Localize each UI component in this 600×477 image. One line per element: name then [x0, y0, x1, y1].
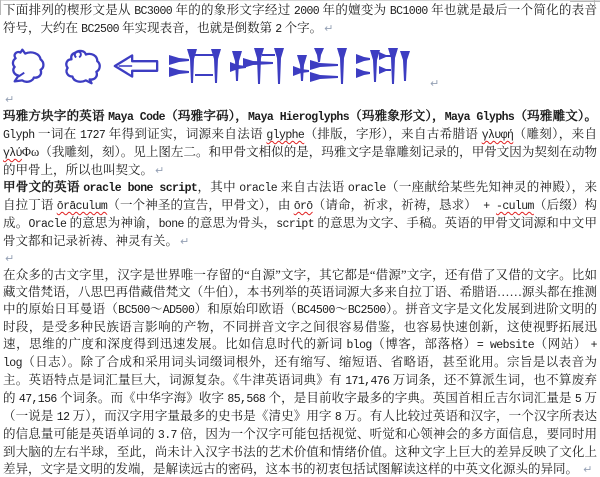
text-run: 47,156 [19, 393, 57, 406]
text-run: 下面排列的楔形文是从 [3, 3, 134, 17]
paragraph-mark: ↵ [3, 93, 14, 106]
paragraph-cuneiform-intro: 下面排列的楔形文是从 BC3000 年的的象形文字经过 2000 年的嬗变为 B… [3, 2, 597, 38]
text-run: ，其中 [197, 180, 239, 194]
empty-paragraph: ↵ [3, 91, 597, 108]
text-run: BC500 [118, 304, 150, 317]
text-run: 来自古法语 [277, 180, 348, 194]
text-run: （雕刻），来自 [513, 127, 597, 141]
text-run: Glyph [3, 129, 35, 142]
paragraph-mark: ↵ [178, 235, 189, 248]
text-run: BC2500 [348, 304, 386, 317]
text-run: blog [346, 339, 371, 352]
text-run: 一词在 [35, 127, 81, 141]
paragraph-mark: ↵ [581, 463, 592, 476]
text-run: （玛雅象形文）， [349, 109, 445, 123]
text-run: 3.7 [158, 429, 177, 442]
text-run: ōrō [294, 200, 313, 213]
pictograph-head-late-icon [60, 45, 104, 87]
text-run: 1727 [80, 129, 105, 142]
cuneiform-cluster-1-icon [168, 46, 222, 86]
text-run: （请命，祈求，祈祷，恳求） [313, 198, 477, 212]
text-run: script [276, 218, 314, 231]
text-run: （我雕刻，刻）。见上图左二。和甲骨文相似的是，玛雅文字是靠雕刻记录的，甲骨文因为… [3, 145, 597, 177]
text-run: （一个神圣的宣告，甲骨文），由 [107, 198, 294, 212]
text-run: Maya Hieroglyphs [248, 111, 349, 124]
pictograph-head-early-icon [7, 45, 53, 87]
text-run: 2000 [294, 5, 319, 18]
text-run: 年实现表音，也就是倒数第 [119, 21, 275, 35]
text-boundary-mark-right-h [570, 1, 600, 2]
text-run: ōrāculum [57, 200, 107, 213]
text-run: 个字。 [282, 21, 323, 35]
text-run: （网站） [534, 337, 591, 351]
paragraph-mark: ↵ [153, 164, 164, 177]
paragraph-mark: ↵ [3, 252, 14, 265]
document-body[interactable]: 下面排列的楔形文是从 BC3000 年的的象形文字经过 2000 年的嬗变为 B… [0, 0, 600, 477]
paragraph-mark: ↵ [322, 22, 333, 35]
text-run: BC4500 [297, 304, 335, 317]
text-run: 年的嬗变为 [319, 3, 390, 17]
text-run: 的意思为骨头， [184, 216, 276, 230]
text-run: BC2500 [81, 23, 119, 36]
cuneiform-cluster-3-icon [292, 46, 348, 86]
text-run: oracle [239, 182, 277, 195]
paragraph-mark: ↵ [428, 77, 439, 91]
text-run: Φω [22, 145, 39, 159]
text-boundary-mark-right [594, 0, 595, 15]
text-run: AD500 [163, 304, 195, 317]
text-boundary-mark-left [0, 0, 1, 15]
text-run: 万），而汉字用字量最多的史书是《清史》用字 [69, 409, 335, 423]
text-run: BC3000 [134, 5, 172, 18]
text-run: （玛雅字码）， [165, 109, 248, 123]
text-run: BC1000 [390, 5, 428, 18]
text-run: （排版，字形），来自古希腊语 [304, 127, 482, 141]
document-page[interactable]: { "page": { "background": "#ffffff", "te… [0, 0, 600, 477]
pictograph-arrow-icon [111, 46, 161, 86]
cuneiform-image-row: ↵ [7, 41, 597, 91]
text-run: 玛雅方块字的英语 [3, 109, 108, 123]
paragraph-maya-glyphs: 玛雅方块字的英语 Maya Code（玛雅字码），Maya Hieroglyph… [3, 108, 597, 179]
text-run: Maya Code [108, 111, 165, 124]
text-run: glyphe [266, 129, 304, 142]
text-run: bone [159, 218, 184, 231]
text-run: 个，是目前收字最多的字典。英国首相丘吉尔词汇量是 [265, 391, 575, 405]
text-run: ～ [150, 302, 163, 316]
text-run: 个词条。而《中华字海》收字 [57, 391, 228, 405]
text-run: γλυφή [482, 129, 514, 142]
text-run: oracle bone script [83, 182, 197, 195]
text-run: 年的的象形文字经过 [172, 3, 294, 17]
text-run: 85,568 [227, 393, 265, 406]
text-run: = website [477, 339, 534, 352]
text-run: （玛雅雕文）。 [514, 109, 597, 123]
cuneiform-cluster-2-icon [229, 46, 285, 86]
cuneiform-cluster-4-icon [355, 46, 411, 86]
paragraph-hanzi-comparison: 在众多的古文字里，汉字是世界唯一存留的“自源”文字，其它都是“借源”文字，还有借… [3, 267, 597, 477]
text-run: + [477, 200, 496, 213]
paragraph-oracle-bone-script: 甲骨文的英语 oracle bone script，其中 oracle 来自古法… [3, 179, 597, 250]
text-run: Oracle [28, 218, 66, 231]
text-run: oracle [348, 182, 386, 195]
text-run: -culum [496, 200, 534, 213]
text-run: 12 [57, 411, 70, 424]
empty-paragraph: ↵ [3, 250, 597, 267]
text-run: 的意思为神谕， [66, 216, 158, 230]
text-run: （博客，部落格） [372, 337, 477, 351]
text-run: 甲骨文的英语 [3, 180, 83, 194]
text-run: γλύ [3, 147, 22, 160]
text-run: ～ [335, 302, 348, 316]
text-run: 171,476 [345, 375, 389, 388]
text-run: 年得到证实，词源来自法语 [105, 127, 266, 141]
page-top-edge [0, 0, 600, 1]
text-run: ）和原始印欧语（ [194, 302, 297, 316]
text-run: Maya Glyphs [445, 111, 515, 124]
